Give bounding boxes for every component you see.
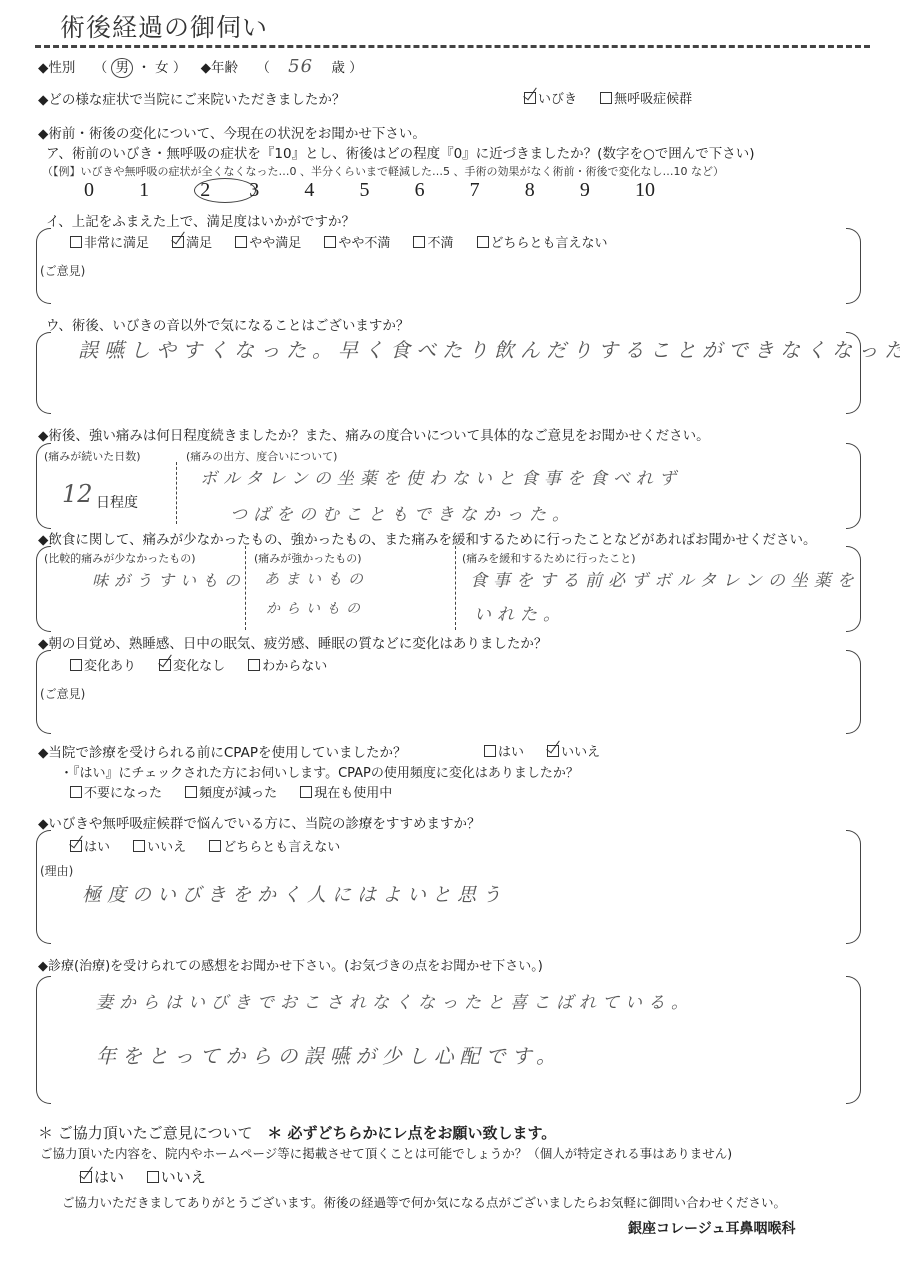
bracket-left [36,976,51,1104]
bracket-right [846,443,861,529]
scale-9[interactable]: 9 [580,179,630,202]
gender-age-row: ◆性別 （ 男 ・ 女 ） ◆年齢 （ 56 歳 ） [38,56,363,77]
scale-4[interactable]: 4 [304,179,354,202]
pain-detail-line2[interactable]: つばをのむこともできなかった。 [230,500,575,525]
scale-1[interactable]: 1 [139,179,189,202]
recommend-option-yes[interactable]: はい [70,836,110,855]
satisfaction-opinion-label: (ご意見) [40,262,85,279]
checkbox-icon[interactable] [70,236,82,248]
checkbox-icon[interactable] [147,1171,159,1183]
pain-days-value[interactable]: 12 [62,480,93,508]
sleep-option-no-change[interactable]: 変化なし [159,655,225,674]
checkbox-icon[interactable] [484,745,496,757]
consent-option-no[interactable]: いいえ [147,1166,206,1187]
change-u-question: ウ、術後、いびきの音以外で気になることはございますか？ [46,314,409,334]
checkbox-icon[interactable] [235,236,247,248]
age-value[interactable]: 56 [288,56,313,77]
recommend-question: ◆いびきや無呼吸症候群で悩んでいる方に、当院の診療をすすめますか？ [38,812,481,832]
checkbox-icon[interactable] [413,236,425,248]
satisfaction-satisfied[interactable]: 満足 [172,232,212,251]
bracket-right [846,228,861,304]
cpap-option-not-needed[interactable]: 不要になった [70,782,162,801]
sleep-opinion-field[interactable] [90,685,830,721]
symptom-option-apnea[interactable]: 無呼吸症候群 [600,88,692,107]
sleep-question: ◆朝の目覚め、熟睡感、日中の眠気、疲労感、睡眠の質などに変化はありましたか？ [38,632,547,652]
age-label: ◆年齢 [201,60,238,76]
clinic-name: 銀座コレージュ耳鼻咽喉科 [628,1218,795,1238]
sleep-opinion-label: (ご意見) [40,685,85,702]
scale-0[interactable]: 0 [84,179,134,202]
gender-option-male[interactable]: 男 [111,58,133,78]
impression-question: ◆診療(治療)を受けられての感想をお聞かせ下さい。(お気づきの点をお聞かせ下さい… [38,955,543,974]
recommend-option-neither[interactable]: どちらとも言えない [209,836,340,855]
food-strong-pain-label: (痛みが強かったもの) [254,550,362,566]
recommend-reason[interactable]: 極度のいびきをかく人にはよいと思う [82,880,507,907]
pain-detail-label: (痛みの出方、度合いについて) [186,448,337,464]
scale-3[interactable]: 3 [249,179,299,202]
satisfaction-somewhat-satisfied[interactable]: やや満足 [235,232,301,251]
pain-detail-line1[interactable]: ボルタレンの坐薬を使わないと食事を食べれず [200,464,682,489]
satisfaction-options: 非常に満足 満足 やや満足 やや不満 不満 どちらとも言えない [70,232,626,251]
food-relief-line2[interactable]: いれた。 [474,600,566,625]
food-relief-line1[interactable]: 食事をする前必ずボルタレンの坐薬を [470,566,860,591]
scale-10[interactable]: 10 [635,179,685,202]
pain-days-label: (痛みが続いた日数) [44,448,141,464]
cpap-options: はい いいえ [484,741,618,760]
checkbox-checked-icon[interactable] [70,840,82,852]
column-divider [176,462,177,524]
pain-days-unit: 日程度 [96,492,138,512]
thanks-message: ご協力いただきましてありがとうございます。術後の経過等で何か気になる点がございま… [62,1193,786,1211]
scale-2[interactable]: 2 [194,178,244,203]
consent-options: はい いいえ [80,1166,224,1187]
symptom-options: いびき 無呼吸症候群 [524,88,710,107]
satisfaction-dissatisfied[interactable]: 不満 [413,232,453,251]
checkbox-icon[interactable] [70,659,82,671]
checkbox-icon[interactable] [477,236,489,248]
bracket-right [846,976,861,1104]
impression-line1[interactable]: 妻からはいびきでおこされなくなったと喜こばれている。 [96,988,694,1013]
food-relief-label: (痛みを緩和するために行ったこと) [462,550,636,566]
sleep-option-changed[interactable]: 変化あり [70,655,136,674]
checkbox-checked-icon[interactable] [172,236,184,248]
food-less-pain-value[interactable]: 味がうすいもの [92,568,246,591]
checkbox-icon[interactable] [185,786,197,798]
satisfaction-somewhat-dissatisfied[interactable]: やや不満 [324,232,390,251]
cpap-option-still-using[interactable]: 現在も使用中 [300,782,392,801]
recommend-option-no[interactable]: いいえ [133,836,186,855]
title-divider [35,45,870,48]
consent-question: ご協力頂いた内容を、院内やホームページ等に掲載させて頂くことは可能でしょうか？（… [40,1144,732,1162]
consent-heading: ＊ ご協力頂いたご意見について ＊ 必ずどちらかにレ点をお願い致します。 [38,1122,556,1143]
change-i-question: イ、上記をふまえた上で、満足度はいかがですか？ [46,210,355,230]
column-divider [455,546,456,630]
satisfaction-very-satisfied[interactable]: 非常に満足 [70,232,149,251]
sleep-option-unknown[interactable]: わからない [248,655,327,674]
cpap-followup: ・『はい』にチェックされた方にお伺いします。CPAPの使用頻度に変化はありました… [60,762,579,781]
symptom-question: ◆どの様な症状で当院にご来院いただきましたか？ [38,88,345,108]
impression-line2[interactable]: 年をとってからの誤嚥が少し心配です。 [96,1040,562,1069]
cpap-option-reduced[interactable]: 頻度が減った [185,782,277,801]
scale-7[interactable]: 7 [470,179,520,202]
form-title: 術後経過の御伺い [60,8,268,44]
recommend-reason-label: (理由) [40,862,73,879]
recommend-options: はい いいえ どちらとも言えない [70,836,358,855]
checkbox-icon[interactable] [300,786,312,798]
bracket-right [846,830,861,944]
cpap-question: ◆当院で診療を受けられる前にCPAPを使用していましたか？ [38,741,406,761]
checkbox-icon[interactable] [70,786,82,798]
change-heading: ◆術前・術後の変化について、今現在の状況をお聞かせ下さい。 [38,122,426,142]
consent-option-yes[interactable]: はい [80,1166,124,1187]
bracket-left [36,830,51,944]
scale-6[interactable]: 6 [415,179,465,202]
cpap-option-no[interactable]: いいえ [547,741,600,760]
food-strong-pain-line2[interactable]: からいもの [266,598,366,618]
checkbox-icon[interactable] [248,659,260,671]
satisfaction-opinion-field[interactable] [90,262,830,292]
food-question: ◆飲食に関して、痛みが少なかったもの、強かったもの、また痛みを緩和するために行っ… [38,528,817,548]
satisfaction-neither[interactable]: どちらとも言えない [477,232,608,251]
gender-option-female[interactable]: 女 [155,60,169,76]
scale-5[interactable]: 5 [359,179,409,202]
scale-8[interactable]: 8 [525,179,575,202]
gender-label: ◆性別 [38,60,75,76]
checkbox-checked-icon[interactable] [547,745,559,757]
symptom-option-snoring[interactable]: いびき [524,88,577,107]
food-strong-pain-line1[interactable]: あまいもの [264,568,369,589]
checkbox-checked-icon[interactable] [159,659,171,671]
bracket-left [36,332,51,414]
checkbox-checked-icon[interactable] [524,92,536,104]
change-u-answer[interactable]: 誤嚥しやすくなった。早く食べたり飲んだりすることができなくなった。 [78,334,900,363]
change-a-question: ア、術前のいびき・無呼吸の症状を『10』とし、術後はどの程度『0』に近づきました… [46,142,755,162]
symptom-scale: 0 1 2 3 4 5 6 7 8 9 10 [84,178,685,203]
cpap-followup-options: 不要になった 頻度が減った 現在も使用中 [70,782,410,801]
checkbox-icon[interactable] [209,840,221,852]
pain-question: ◆術後、強い痛みは何日程度続きましたか？また、痛みの度合いについて具体的なご意見… [38,424,710,444]
cpap-option-yes[interactable]: はい [484,741,524,760]
food-less-pain-label: (比較的痛みが少なかったもの) [44,550,196,566]
change-a-example: （【例】いびきや無呼吸の症状が全くなくなった…0 、半分くらいまで軽減した…5 … [42,163,724,179]
checkbox-icon[interactable] [600,92,612,104]
column-divider [245,546,246,630]
checkbox-icon[interactable] [133,840,145,852]
checkbox-icon[interactable] [324,236,336,248]
sleep-options: 変化あり 変化なし わからない [70,655,345,674]
bracket-right [846,650,861,734]
checkbox-checked-icon[interactable] [80,1171,92,1183]
